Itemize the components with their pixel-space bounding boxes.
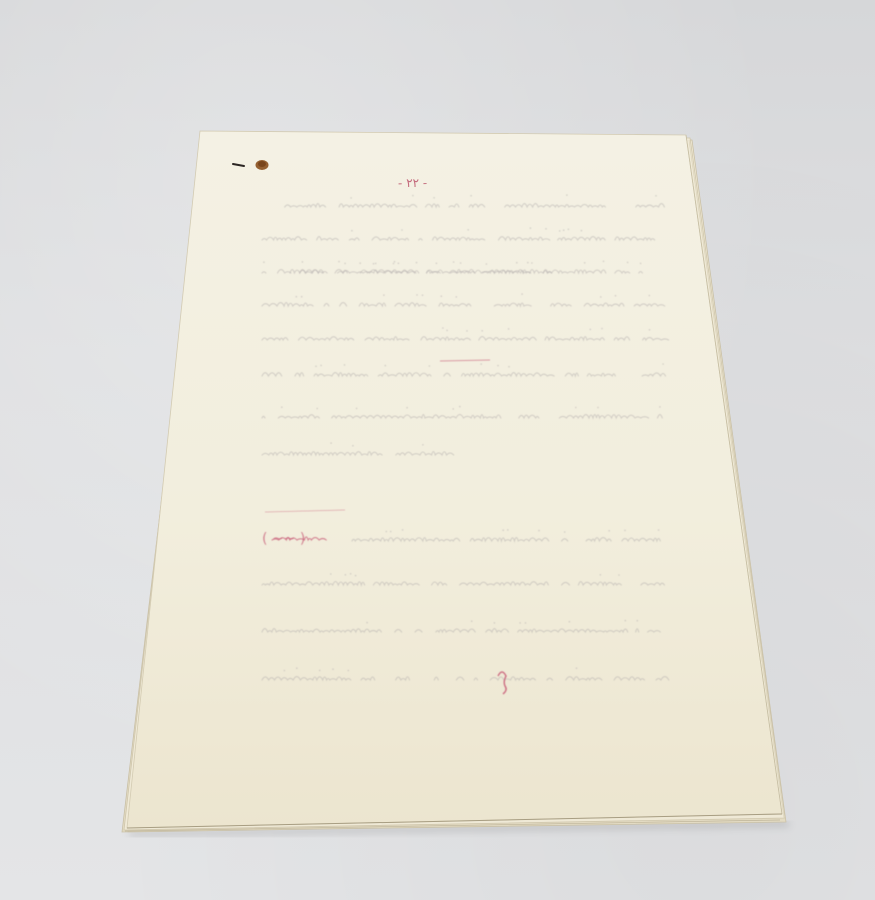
photo-scene: ( ~~ )	[0, 0, 875, 900]
page-number: - ٢٢ -	[398, 176, 427, 190]
manuscript-page	[127, 131, 782, 828]
